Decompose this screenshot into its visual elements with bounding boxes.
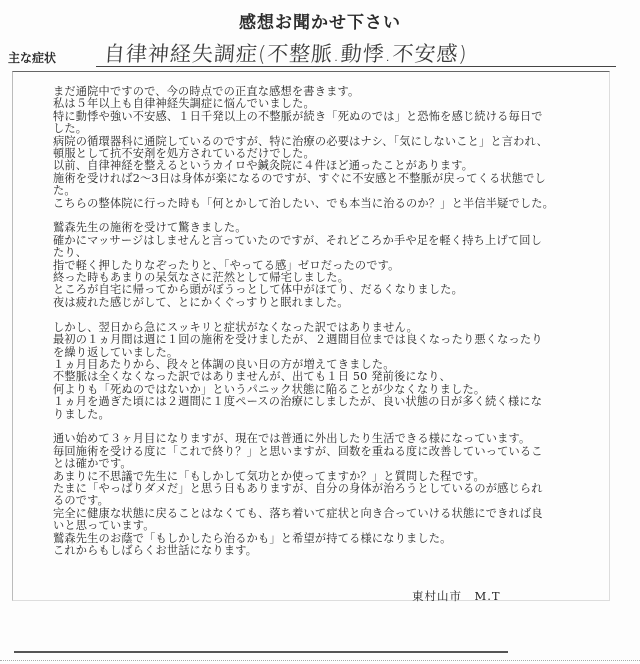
text-line: こちらの整体院に行った時も「何とかして治したい、でも本当に治るのか？」と半信半疑… xyxy=(53,198,593,210)
paragraph: まだ通院中ですので、今の時点での正直な感想を書きます。 私は５年以上も自律神経失… xyxy=(53,86,593,210)
text-line: るのです。 xyxy=(53,495,593,507)
paragraph: 通い始めて３ヶ月目になりますが、現在では普通に外出したり生活できる様になっていま… xyxy=(53,433,593,557)
text-line: 夜は疲れた感じがして、とにかくぐっすりと眠れました。 xyxy=(53,297,593,309)
testimonial-page: 感想お聞かせ下さい 主な症状 自律神経失調症(不整脈.動悸.不安感) まだ通院中… xyxy=(0,0,640,664)
page-title: 感想お聞かせ下さい xyxy=(0,8,640,33)
symptom-underline xyxy=(96,66,616,67)
text-line: 確かにマッサージはしませんと言っていたのですが、それどころか手や足を軽く持ち上げ… xyxy=(53,235,593,247)
page-edge-dotted-line xyxy=(0,660,640,662)
symptom-row: 主な症状 自律神経失調症(不整脈.動悸.不安感) xyxy=(8,38,618,68)
text-line: 最初の１ヵ月間は週に１回の施術を受けましたが、２週間目位までは良くなったり悪くな… xyxy=(53,334,593,346)
text-line: 通い始めて３ヶ月目になりますが、現在では普通に外出したり生活できる様になっていま… xyxy=(53,433,593,445)
paragraph: 鷲森先生の施術を受けて驚きました。 確かにマッサージはしませんと言っていたのです… xyxy=(53,222,593,309)
text-line: これからもしばらくお世話になります。 xyxy=(53,545,593,557)
bottom-rule xyxy=(14,651,508,653)
signature: 東村山市 M.T xyxy=(412,588,501,604)
text-line: 鷲森先生の施術を受けて驚きました。 xyxy=(53,222,593,234)
text-line: 不整脈は全くなくなった訳ではありませんが、出ても１日 50 発前後になり、 xyxy=(53,371,593,383)
text-line: した。 xyxy=(53,123,593,135)
text-line: た。 xyxy=(53,185,593,197)
text-line: 毎回施術を受ける度に「これで終り？」と思いますが、回数を重ねる度に改善していって… xyxy=(53,446,593,458)
text-line: 以前、自律神経を整えるというカイロや鍼灸院に４件ほど通ったことがあります。 xyxy=(53,160,593,172)
symptom-handwritten-value: 自律神経失調症(不整脈.動悸.不安感) xyxy=(103,38,469,68)
text-line: 施術を受ければ2〜3日は身体が楽になるのですが、すぐに不安感と不整脈が戻ってくる… xyxy=(53,173,593,185)
paragraph: しかし、翌日から急にスッキリと症状がなくなった訳ではありません。 最初の１ヵ月間… xyxy=(53,322,593,421)
text-line: たまに「やっぱりダメだ」と思う日もありますが、自分の身体が治ろうとしているのが感… xyxy=(53,483,593,495)
text-line: 私は５年以上も自律神経失調症に悩んでいました。 xyxy=(53,98,593,110)
text-line: 特に動悸や強い不安感、１日千発以上の不整脈が続き「死ぬのでは」と恐怖を感じ続ける… xyxy=(53,111,593,123)
symptom-label: 主な症状 xyxy=(8,49,56,66)
text-line: りました。 xyxy=(53,409,593,421)
text-line: いと思っています。 xyxy=(53,520,593,532)
testimonial-body: まだ通院中ですので、今の時点での正直な感想を書きます。 私は５年以上も自律神経失… xyxy=(53,86,593,570)
text-line: １ヵ月を過ぎた頃には２週間に１度ペースの治療にしましたが、良い状態の日が多く続く… xyxy=(53,396,593,408)
text-line: とは確かです。 xyxy=(53,458,593,470)
text-line: たり、 xyxy=(53,247,593,259)
